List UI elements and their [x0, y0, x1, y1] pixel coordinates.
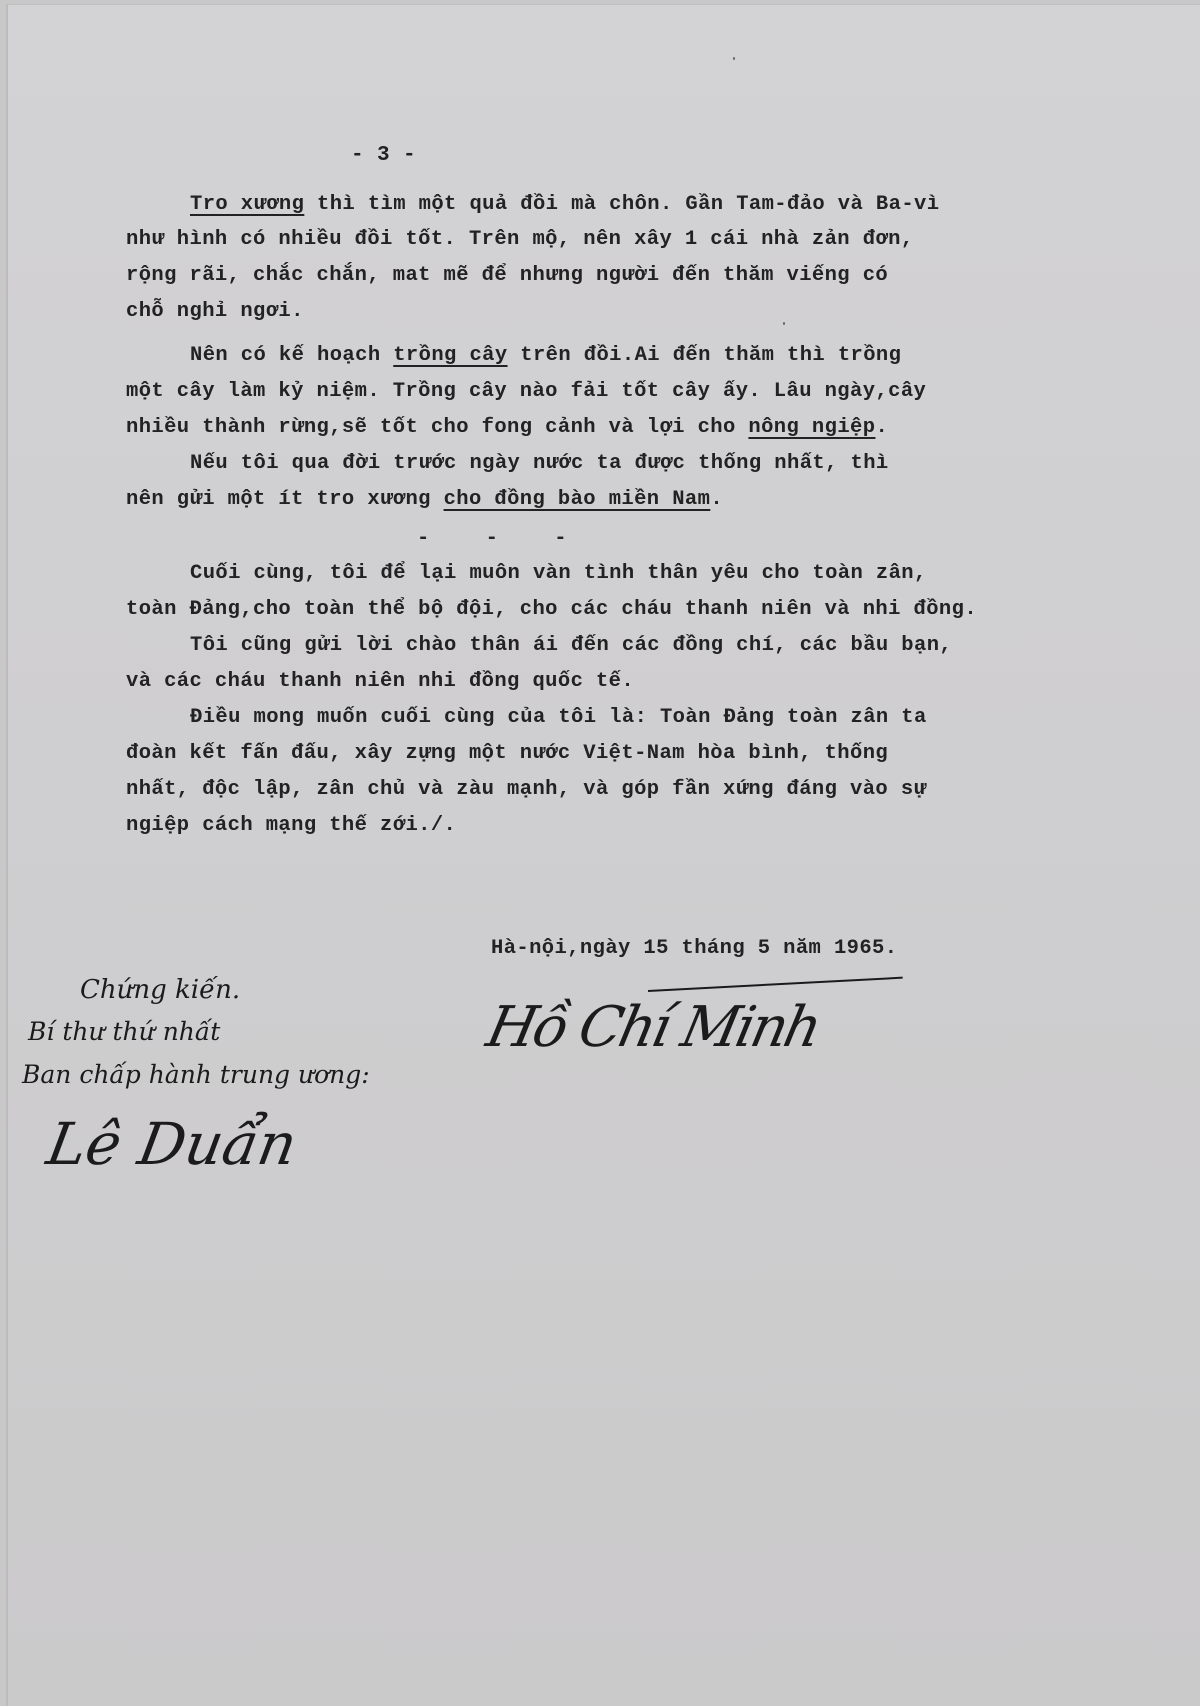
text-segment: một cây làm kỷ niệm. Trồng cây nào fải t…: [126, 380, 926, 403]
text-segment: trên đồi.Ai đến thăm thì trồng: [508, 344, 902, 367]
text-line: Điều mong muốn cuối cùng của tôi là: Toà…: [190, 706, 927, 729]
text-segment: thì tìm một quả đồi mà chôn. Gần Tam-đảo…: [304, 193, 939, 216]
text-segment: .: [875, 416, 888, 439]
text-line: toàn Đảng,cho toàn thể bộ đội, cho các c…: [126, 598, 977, 621]
text-line: Nên có kế hoạch trồng cây trên đồi.Ai đế…: [190, 344, 901, 367]
text-line: như hình có nhiều đồi tốt. Trên mộ, nên …: [126, 228, 914, 251]
text-segment: Nên có kế hoạch: [190, 344, 393, 367]
text-line: nhất, độc lập, zân chủ và zàu mạnh, và g…: [126, 778, 926, 801]
text-segment: chỗ nghỉ ngơi.: [126, 300, 304, 323]
document-page: - 3 - Tro xương thì tìm một quả đồi mà c…: [6, 4, 1200, 1706]
text-segment: rộng rãi, chắc chắn, mat mẽ để nhưng ngư…: [126, 264, 888, 287]
dateline: Hà-nội,ngày 15 tháng 5 năm 1965.: [491, 937, 897, 960]
text-line: Tro xương thì tìm một quả đồi mà chôn. G…: [190, 193, 939, 216]
signature-flourish-line: [648, 977, 903, 992]
text-line: Nếu tôi qua đời trước ngày nước ta được …: [190, 452, 889, 475]
text-line: ngiệp cách mạng thế zới./.: [126, 814, 456, 837]
text-segment: đoàn kết fấn đấu, xây zựng một nước Việt…: [126, 742, 888, 765]
text-segment: Tôi cũng gửi lời chào thân ái đến các đồ…: [190, 634, 952, 657]
witness-note-line: Ban chấp hành trung ương:: [22, 1060, 370, 1089]
text-line: rộng rãi, chắc chắn, mat mẽ để nhưng ngư…: [126, 264, 888, 287]
page-number: - 3 -: [351, 144, 416, 167]
signature-le-duan: Lê Duẩn: [42, 1110, 302, 1178]
text-segment: Cuối cùng, tôi để lại muôn vàn tình thân…: [190, 562, 927, 585]
text-line: nên gửi một ít tro xương cho đồng bào mi…: [126, 488, 723, 511]
text-segment: ngiệp cách mạng thế zới./.: [126, 814, 456, 837]
signature-ho-chi-minh: Hồ Chí Minh: [481, 995, 825, 1060]
underlined-phrase: Tro xương: [190, 193, 304, 216]
text-segment: nhiều thành rừng,sẽ tốt cho fong cảnh và…: [126, 416, 748, 439]
witness-note-line: Chứng kiến.: [80, 975, 240, 1005]
section-separator: - - -: [417, 527, 589, 550]
text-segment: và các cháu thanh niên nhi đồng quốc tế.: [126, 670, 634, 693]
text-line: nhiều thành rừng,sẽ tốt cho fong cảnh và…: [126, 416, 888, 439]
text-line: Cuối cùng, tôi để lại muôn vàn tình thân…: [190, 562, 927, 585]
witness-note-line: Bí thư thứ nhất: [28, 1017, 220, 1046]
text-line: đoàn kết fấn đấu, xây zựng một nước Việt…: [126, 742, 888, 765]
text-segment: .: [710, 488, 723, 511]
text-line: Tôi cũng gửi lời chào thân ái đến các đồ…: [190, 634, 952, 657]
paper-speck: [783, 322, 785, 325]
text-segment: toàn Đảng,cho toàn thể bộ đội, cho các c…: [126, 598, 977, 621]
underlined-phrase: trồng cây: [393, 344, 507, 367]
underlined-phrase: cho đồng bào miền Nam: [444, 488, 711, 511]
text-line: và các cháu thanh niên nhi đồng quốc tế.: [126, 670, 634, 693]
text-segment: Nếu tôi qua đời trước ngày nước ta được …: [190, 452, 889, 475]
text-segment: Điều mong muốn cuối cùng của tôi là: Toà…: [190, 706, 927, 729]
text-line: một cây làm kỷ niệm. Trồng cây nào fải t…: [126, 380, 926, 403]
underlined-phrase: nông ngiệp: [748, 416, 875, 439]
paper-speck: [733, 57, 735, 60]
text-segment: nhất, độc lập, zân chủ và zàu mạnh, và g…: [126, 778, 926, 801]
text-segment: nên gửi một ít tro xương: [126, 488, 444, 511]
text-line: chỗ nghỉ ngơi.: [126, 300, 304, 323]
text-segment: như hình có nhiều đồi tốt. Trên mộ, nên …: [126, 228, 914, 251]
